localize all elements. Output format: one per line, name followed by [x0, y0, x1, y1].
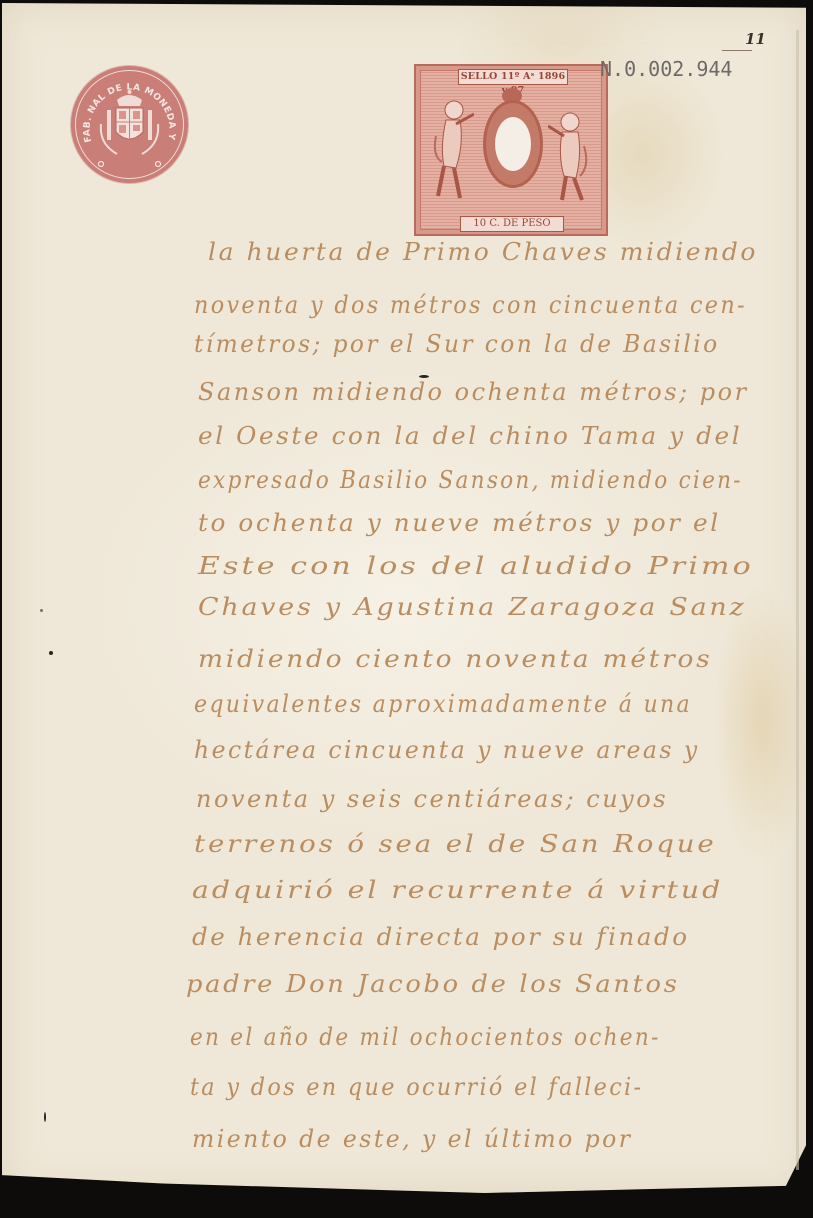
text-line: tímetros; por el Sur con la de Basilio	[194, 330, 720, 358]
text-line: de herencia directa por su finado	[192, 923, 689, 951]
ink-spot	[44, 1112, 46, 1122]
text-line: to ochenta y nueve métros y por el	[198, 509, 721, 537]
text-line: en el año de mil ochocientos ochen-	[190, 1023, 661, 1051]
text-line: ta y dos en que ocurrió el falleci-	[190, 1073, 643, 1101]
ink-spot	[49, 651, 53, 655]
text-line: adquirió el recurrente á virtud	[192, 876, 723, 904]
text-line: noventa y dos métros con cincuenta cen-	[194, 291, 747, 319]
ink-spot	[419, 375, 429, 378]
text-line: expresado Basilio Sanson, midiendo cien-	[198, 466, 743, 494]
text-line: midiendo ciento noventa métros	[198, 645, 712, 673]
text-line: el Oeste con la del chino Tama y del	[198, 422, 742, 450]
text-line: noventa y seis centiáreas; cuyos	[196, 785, 668, 813]
text-line: la huerta de Primo Chaves midiendo	[208, 238, 758, 266]
text-line: Este con los del aludido Primo	[198, 552, 754, 580]
ink-spot	[40, 609, 43, 612]
text-line: padre Don Jacobo de los Santos	[186, 970, 680, 998]
document-scan: FAB. NAL DE LA MONEDA Y TIMBRE SELLO	[0, 0, 813, 1218]
text-line: Sanson midiendo ochenta métros; por	[198, 378, 749, 406]
handwritten-body: la huerta de Primo Chaves midiendo noven…	[0, 0, 813, 1218]
text-line: equivalentes aproximadamente á una	[194, 690, 692, 718]
text-line: hectárea cincuenta y nueve areas y	[194, 736, 700, 764]
text-line: Chaves y Agustina Zaragoza Sanz	[198, 593, 746, 621]
text-line: miento de este, y el último por	[192, 1125, 632, 1153]
text-line: terrenos ó sea el de San Roque	[194, 830, 717, 858]
